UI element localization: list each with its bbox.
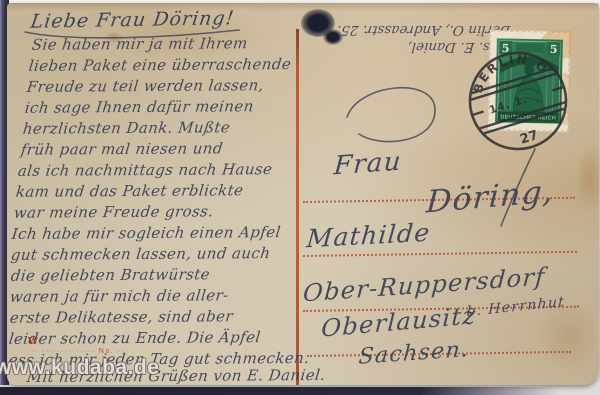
message-line: Freude zu teil werden lassen, [26,76,265,96]
message-line: Sie haben mir ja mit Ihrem [31,34,249,54]
message-line: war meine Freude gross. [13,202,215,221]
postmark: BERLIN O 14. 1. 27 [433,25,600,175]
address-first-name: Mathilde [305,218,431,253]
address-salutation: Frau [333,147,403,182]
ink-blot-small [323,29,343,45]
message-line: kam und das Paket erblickte [15,181,245,201]
message-salutation: Liebe Frau Döring! [29,7,236,33]
message-line: herzlichsten Dank. Mußte [22,118,231,137]
postcard-photo: Liebe Frau Döring! Sie haben mir ja mit … [0,0,600,395]
message-line: lieben Paket eine überraschende [28,55,292,75]
message-line: früh paar mal niesen und [20,139,224,158]
center-divider-line [296,29,299,385]
message-line: Ich habe mir sogleich einen Apfel [11,223,282,243]
message-line: gut schmecken lassen, und auch [10,244,272,264]
address-rule-2 [303,251,577,257]
message-line: die geliebten Bratwürste [10,265,211,284]
printer-imprint-text: ·· ········ ····· No. ·· [31,348,125,355]
postmark-town: BERLIN O [463,42,553,98]
message-line: ich sage Ihnen dafür meinen [24,97,255,117]
postmark-date: 14. 1. [488,93,529,116]
address-last-name: Döring, [425,174,555,221]
kudaba-watermark: www.kudaba.de [0,356,159,380]
photo-bottom-edge [0,387,560,395]
message-line: waren ja für mich die aller- [9,286,230,306]
svg-text:BERLIN O: BERLIN O [463,42,553,98]
frau-flourish-path [347,88,435,142]
message-line: erste Delikatesse, sind aber [9,307,234,327]
printer-imprint-initial: W [28,337,38,347]
address-region: Oberlausitz [321,301,477,342]
message-line: als ich nachmittags nach Hause [17,160,274,180]
message-line: leider schon zu Ende. Die Äpfel [8,328,262,348]
address-near: b. Herrnhut [466,294,565,320]
postcard-back: Liebe Frau Döring! Sie haben mir ja mit … [7,3,599,385]
address-state: Sachsen. [358,337,470,370]
